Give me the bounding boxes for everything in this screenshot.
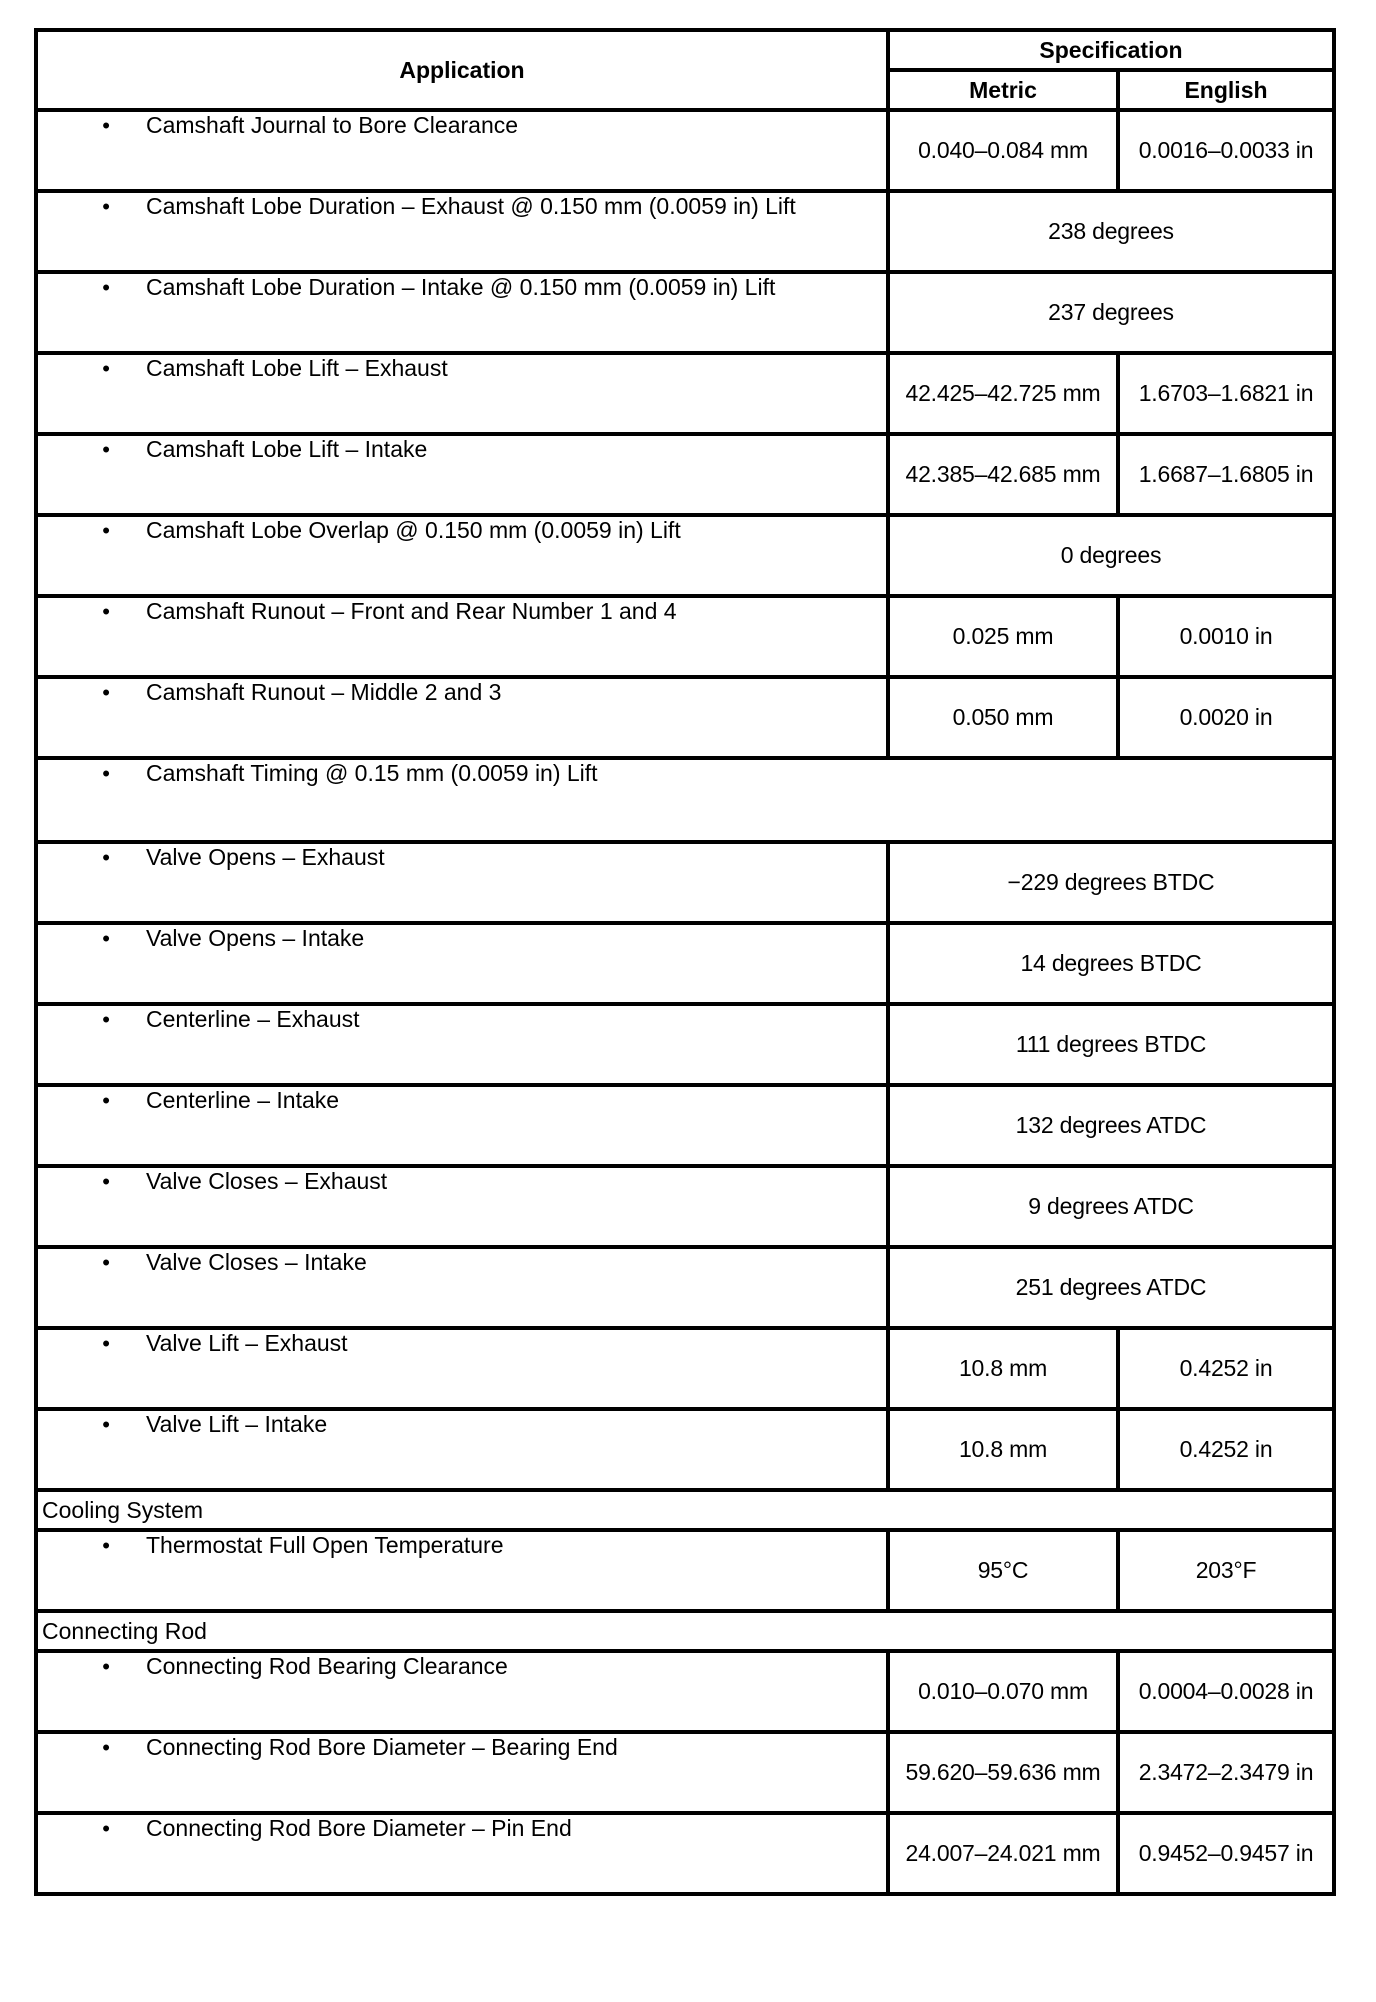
spec-value-combined: 0 degrees — [888, 515, 1334, 596]
application-label: Camshaft Lobe Lift – Exhaust — [146, 355, 448, 381]
table-row: Camshaft Lobe Duration – Intake @ 0.150 … — [36, 272, 1334, 353]
table-row: Camshaft Runout – Middle 2 and 30.050 mm… — [36, 677, 1334, 758]
application-label: Camshaft Lobe Duration – Intake @ 0.150 … — [146, 274, 775, 300]
bullet-icon — [38, 1006, 146, 1033]
spec-value-combined: −229 degrees BTDC — [888, 842, 1334, 923]
spec-value-combined: 237 degrees — [888, 272, 1334, 353]
application-label: Centerline – Exhaust — [146, 1006, 360, 1032]
application-header: Application — [36, 30, 888, 110]
table-row: Camshaft Timing @ 0.15 mm (0.0059 in) Li… — [36, 758, 1334, 842]
table-row: Valve Lift – Exhaust10.8 mm0.4252 in — [36, 1328, 1334, 1409]
application-label: Camshaft Runout – Front and Rear Number … — [146, 598, 677, 624]
english-header: English — [1118, 70, 1334, 110]
section-label: Connecting Rod — [36, 1611, 1334, 1651]
metric-value: 0.025 mm — [888, 596, 1118, 677]
section-label: Cooling System — [36, 1490, 1334, 1530]
bullet-icon — [38, 925, 146, 952]
application-cell: Camshaft Lobe Duration – Exhaust @ 0.150… — [36, 191, 888, 272]
application-cell: Connecting Rod Bearing Clearance — [36, 1651, 888, 1732]
bullet-icon — [38, 355, 146, 382]
spec-value-combined: 132 degrees ATDC — [888, 1085, 1334, 1166]
bullet-icon — [38, 517, 146, 544]
metric-value: 0.040–0.084 mm — [888, 110, 1118, 191]
bullet-icon — [38, 844, 146, 871]
section-row: Cooling System — [36, 1490, 1334, 1530]
english-value: 0.0016–0.0033 in — [1118, 110, 1334, 191]
table-row: Thermostat Full Open Temperature95°C203°… — [36, 1530, 1334, 1611]
metric-value: 95°C — [888, 1530, 1118, 1611]
table-body: Camshaft Journal to Bore Clearance0.040–… — [36, 110, 1334, 1894]
table-row: Valve Lift – Intake10.8 mm0.4252 in — [36, 1409, 1334, 1490]
application-label: Valve Lift – Intake — [146, 1411, 327, 1437]
bullet-icon — [38, 679, 146, 706]
bullet-icon — [38, 1330, 146, 1357]
english-value: 0.4252 in — [1118, 1328, 1334, 1409]
table-row: Centerline – Exhaust111 degrees BTDC — [36, 1004, 1334, 1085]
table-row: Connecting Rod Bore Diameter – Bearing E… — [36, 1732, 1334, 1813]
table-row: Centerline – Intake132 degrees ATDC — [36, 1085, 1334, 1166]
bullet-icon — [38, 1087, 146, 1114]
application-label: Camshaft Lobe Duration – Exhaust @ 0.150… — [146, 193, 796, 219]
table-row: Valve Opens – Exhaust−229 degrees BTDC — [36, 842, 1334, 923]
specification-table: Application Specification Metric English… — [34, 28, 1336, 1896]
english-value: 2.3472–2.3479 in — [1118, 1732, 1334, 1813]
application-cell: Centerline – Intake — [36, 1085, 888, 1166]
application-label: Connecting Rod Bore Diameter – Bearing E… — [146, 1734, 618, 1760]
bullet-icon — [38, 1653, 146, 1680]
application-cell: Camshaft Lobe Overlap @ 0.150 mm (0.0059… — [36, 515, 888, 596]
table-row: Camshaft Lobe Overlap @ 0.150 mm (0.0059… — [36, 515, 1334, 596]
application-cell: Valve Closes – Intake — [36, 1247, 888, 1328]
application-label: Valve Opens – Intake — [146, 925, 364, 951]
application-label: Valve Opens – Exhaust — [146, 844, 385, 870]
application-cell: Camshaft Journal to Bore Clearance — [36, 110, 888, 191]
bullet-icon — [38, 274, 146, 301]
bullet-icon — [38, 598, 146, 625]
specification-header: Specification — [888, 30, 1334, 70]
table-row: Camshaft Lobe Lift – Exhaust42.425–42.72… — [36, 353, 1334, 434]
bullet-icon — [38, 1532, 146, 1559]
application-label: Valve Closes – Intake — [146, 1249, 367, 1275]
table-row: Camshaft Runout – Front and Rear Number … — [36, 596, 1334, 677]
table-row: Camshaft Lobe Lift – Intake42.385–42.685… — [36, 434, 1334, 515]
application-cell: Connecting Rod Bore Diameter – Bearing E… — [36, 1732, 888, 1813]
application-cell: Camshaft Lobe Lift – Exhaust — [36, 353, 888, 434]
metric-value: 42.385–42.685 mm — [888, 434, 1118, 515]
application-label: Connecting Rod Bearing Clearance — [146, 1653, 508, 1679]
application-label: Camshaft Lobe Overlap @ 0.150 mm (0.0059… — [146, 517, 681, 543]
spec-value-combined: 251 degrees ATDC — [888, 1247, 1334, 1328]
bullet-icon — [38, 1734, 146, 1761]
application-cell: Valve Lift – Exhaust — [36, 1328, 888, 1409]
english-value: 203°F — [1118, 1530, 1334, 1611]
application-label: Camshaft Lobe Lift – Intake — [146, 436, 427, 462]
table-row: Valve Opens – Intake14 degrees BTDC — [36, 923, 1334, 1004]
english-value: 0.0010 in — [1118, 596, 1334, 677]
application-cell: Centerline – Exhaust — [36, 1004, 888, 1085]
application-label: Centerline – Intake — [146, 1087, 339, 1113]
bullet-icon — [38, 1168, 146, 1195]
metric-value: 0.050 mm — [888, 677, 1118, 758]
application-label: Camshaft Timing @ 0.15 mm (0.0059 in) Li… — [146, 760, 598, 786]
application-cell: Thermostat Full Open Temperature — [36, 1530, 888, 1611]
table-row: Camshaft Journal to Bore Clearance0.040–… — [36, 110, 1334, 191]
bullet-icon — [38, 193, 146, 220]
spec-value-combined: 111 degrees BTDC — [888, 1004, 1334, 1085]
application-cell: Camshaft Lobe Duration – Intake @ 0.150 … — [36, 272, 888, 353]
metric-value: 24.007–24.021 mm — [888, 1813, 1118, 1894]
table-row: Valve Closes – Intake251 degrees ATDC — [36, 1247, 1334, 1328]
english-value: 1.6687–1.6805 in — [1118, 434, 1334, 515]
application-label: Connecting Rod Bore Diameter – Pin End — [146, 1815, 572, 1841]
table-row: Camshaft Lobe Duration – Exhaust @ 0.150… — [36, 191, 1334, 272]
application-cell: Valve Opens – Intake — [36, 923, 888, 1004]
table-row: Valve Closes – Exhaust9 degrees ATDC — [36, 1166, 1334, 1247]
application-label: Camshaft Journal to Bore Clearance — [146, 112, 518, 138]
spec-value-combined: 9 degrees ATDC — [888, 1166, 1334, 1247]
application-cell: Camshaft Timing @ 0.15 mm (0.0059 in) Li… — [36, 758, 1334, 842]
bullet-icon — [38, 1249, 146, 1276]
table-row: Connecting Rod Bearing Clearance0.010–0.… — [36, 1651, 1334, 1732]
application-label: Valve Lift – Exhaust — [146, 1330, 348, 1356]
bullet-icon — [38, 436, 146, 463]
english-value: 0.0020 in — [1118, 677, 1334, 758]
application-cell: Connecting Rod Bore Diameter – Pin End — [36, 1813, 888, 1894]
metric-header: Metric — [888, 70, 1118, 110]
bullet-icon — [38, 112, 146, 139]
spec-value-combined: 238 degrees — [888, 191, 1334, 272]
english-value: 1.6703–1.6821 in — [1118, 353, 1334, 434]
application-cell: Valve Opens – Exhaust — [36, 842, 888, 923]
metric-value: 10.8 mm — [888, 1409, 1118, 1490]
application-cell: Camshaft Runout – Middle 2 and 3 — [36, 677, 888, 758]
spec-value-combined: 14 degrees BTDC — [888, 923, 1334, 1004]
english-value: 0.0004–0.0028 in — [1118, 1651, 1334, 1732]
bullet-icon — [38, 1815, 146, 1842]
application-label: Thermostat Full Open Temperature — [146, 1532, 504, 1558]
application-cell: Valve Lift – Intake — [36, 1409, 888, 1490]
bullet-icon — [38, 1411, 146, 1438]
metric-value: 0.010–0.070 mm — [888, 1651, 1118, 1732]
english-value: 0.4252 in — [1118, 1409, 1334, 1490]
table-row: Connecting Rod Bore Diameter – Pin End24… — [36, 1813, 1334, 1894]
metric-value: 10.8 mm — [888, 1328, 1118, 1409]
metric-value: 59.620–59.636 mm — [888, 1732, 1118, 1813]
application-cell: Camshaft Runout – Front and Rear Number … — [36, 596, 888, 677]
application-label: Valve Closes – Exhaust — [146, 1168, 387, 1194]
section-row: Connecting Rod — [36, 1611, 1334, 1651]
application-cell: Valve Closes – Exhaust — [36, 1166, 888, 1247]
bullet-icon — [38, 760, 146, 787]
metric-value: 42.425–42.725 mm — [888, 353, 1118, 434]
english-value: 0.9452–0.9457 in — [1118, 1813, 1334, 1894]
application-label: Camshaft Runout – Middle 2 and 3 — [146, 679, 501, 705]
application-cell: Camshaft Lobe Lift – Intake — [36, 434, 888, 515]
